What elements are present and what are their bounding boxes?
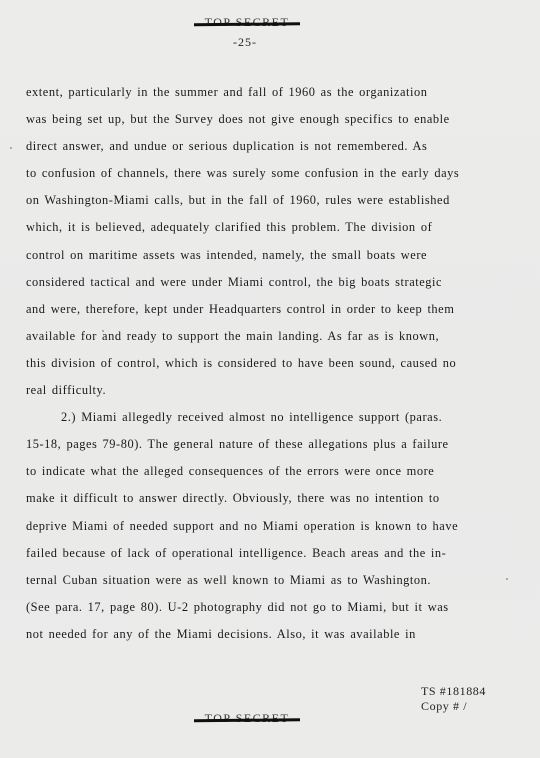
text-line: direct answer, and undue or serious dupl… [26, 133, 516, 160]
paragraph-2-start: 2.) Miami allegedly received almost no i… [26, 404, 516, 431]
text-line: this division of control, which is consi… [26, 350, 516, 377]
scan-speck [10, 147, 12, 149]
classification-strikethrough [194, 718, 300, 721]
text-line: available for and ready to support the m… [26, 323, 516, 350]
text-line: control on maritime assets was intended,… [26, 242, 516, 269]
text-line: to confusion of channels, there was sure… [26, 160, 516, 187]
document-body: extent, particularly in the summer and f… [26, 79, 516, 648]
text-line: (See para. 17, page 80). U-2 photography… [26, 594, 516, 621]
text-line: extent, particularly in the summer and f… [26, 79, 516, 106]
text-line: which, it is believed, adequately clarif… [26, 214, 516, 241]
text-line: real difficulty. [26, 377, 516, 404]
classification-header: TOP SECRET [197, 15, 297, 30]
text-line: not needed for any of the Miami decision… [26, 621, 516, 648]
classification-footer: TOP SECRET [197, 711, 297, 726]
text-line: deprive Miami of needed support and no M… [26, 513, 516, 540]
scan-speck [102, 330, 104, 332]
copy-number: Copy # / [421, 699, 486, 714]
text-line: 15-18, pages 79-80). The general nature … [26, 431, 516, 458]
scan-speck [506, 578, 508, 580]
document-number: TS #181884 [421, 684, 486, 699]
classification-strikethrough [194, 22, 300, 25]
text-line: to indicate what the alleged consequence… [26, 458, 516, 485]
document-page: TOP SECRET -25- extent, particularly in … [0, 0, 540, 758]
text-line: make it difficult to answer directly. Ob… [26, 485, 516, 512]
text-line: and were, therefore, kept under Headquar… [26, 296, 516, 323]
text-line: considered tactical and were under Miami… [26, 269, 516, 296]
page-number: -25- [205, 35, 285, 50]
document-control-block: TS #181884 Copy # / [421, 684, 486, 714]
text-line: ternal Cuban situation were as well know… [26, 567, 516, 594]
scan-speck [432, 444, 434, 446]
text-line: on Washington-Miami calls, but in the fa… [26, 187, 516, 214]
text-line: was being set up, but the Survey does no… [26, 106, 516, 133]
text-line: failed because of lack of operational in… [26, 540, 516, 567]
